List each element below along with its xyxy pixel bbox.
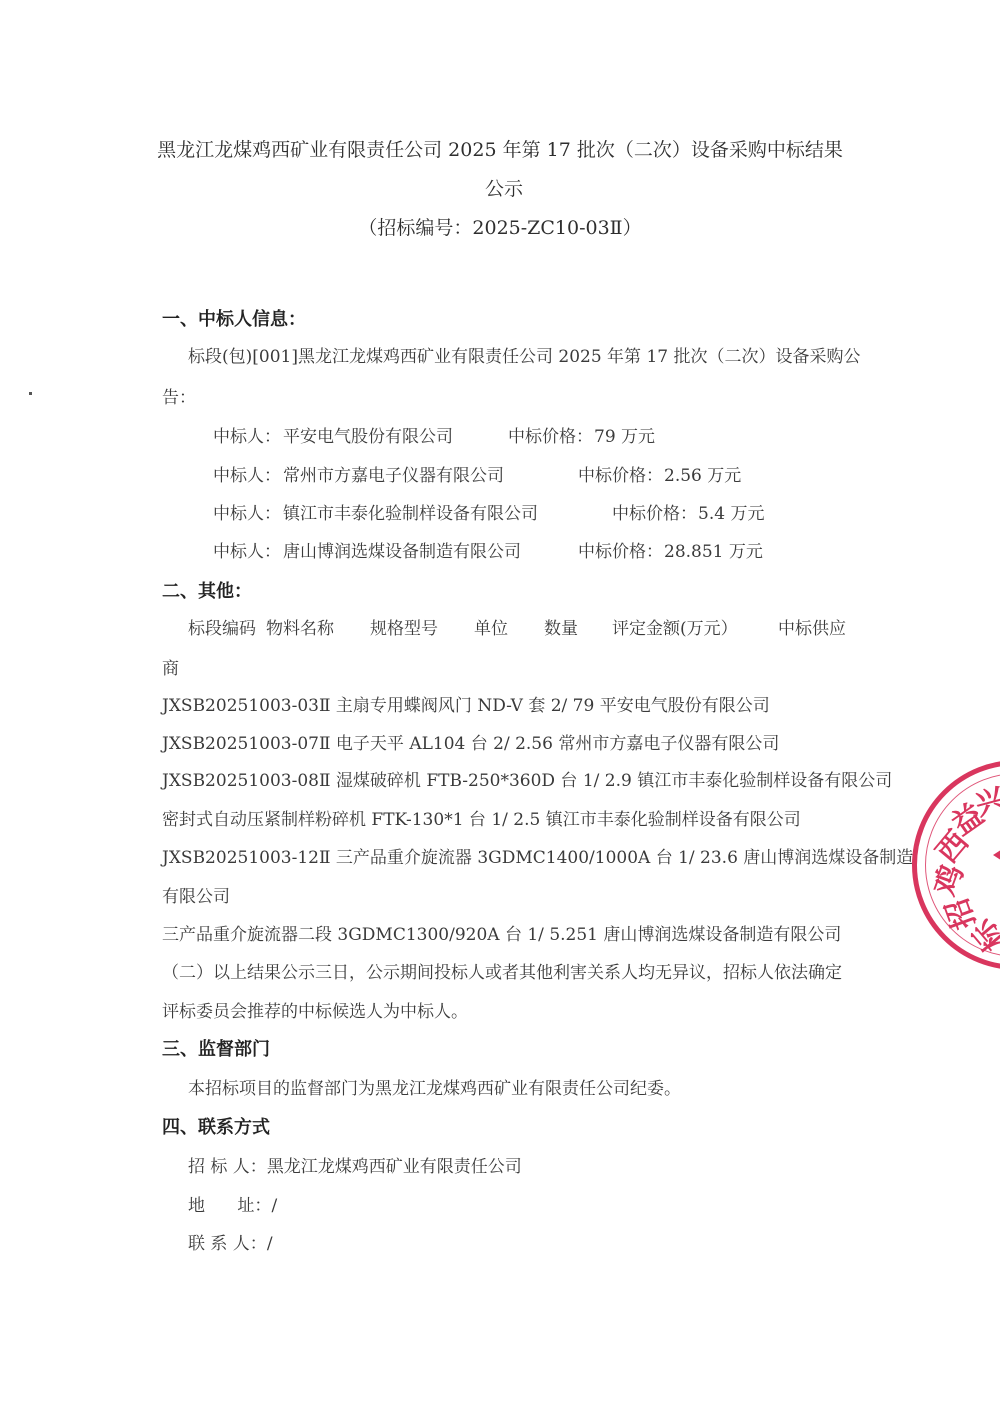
contact-row: 联 系 人：/ [188,1233,273,1255]
contact-row: 地 址：/ [188,1195,277,1217]
winner-name: 平安电气股份有限公司 [283,426,453,448]
tender-number: （招标编号：2025-ZC10-03Ⅱ） [0,217,1000,239]
contact-row: 招 标 人：黑龙江龙煤鸡西矿业有限责任公司 [188,1156,522,1178]
item-row: 三产品重介旋流器二段 3GDMC1300/920A 台 1/ 5.251 唐山博… [162,924,841,946]
item-row: JXSB20251003-12Ⅱ 三产品重介旋流器 3GDMC1400/1000… [162,847,913,869]
item-row: JXSB20251003-07Ⅱ 电子天平 AL104 台 2/ 2.56 常州… [162,733,779,755]
winner-name: 镇江市丰泰化验制样设备有限公司 [283,503,538,525]
supervision-text: 本招标项目的监督部门为黑龙江龙煤鸡西矿业有限责任公司纪委。 [188,1078,681,1100]
contact-label: 联 系 人： [188,1234,267,1254]
price-value: 2.56 万元 [664,465,741,487]
price-label: 中标价格： [578,465,663,487]
price-value: 5.4 万元 [698,503,764,525]
note-text: （二）以上结果公示三日，公示期间投标人或者其他利害关系人均无异议，招标人依法确定 [162,962,842,984]
section1-intro: 标段(包)[001]黑龙江龙煤鸡西矿业有限责任公司 2025 年第 17 批次（… [188,346,861,368]
section1-intro-cont: 告： [162,387,196,409]
contact-value: 黑龙江龙煤鸡西矿业有限责任公司 [267,1157,522,1177]
column-header: 评定金额(万元） [612,618,738,640]
section2-heading: 二、其他： [162,581,252,603]
document-page: 黑龙江龙煤鸡西矿业有限责任公司 2025 年第 17 批次（二次）设备采购中标结… [0,0,1000,1426]
scan-speck [29,392,32,395]
column-header: 物料名称 [266,618,334,640]
note-text-cont: 评标委员会推荐的中标候选人为中标人。 [162,1001,468,1023]
column-header: 规格型号 [370,618,438,640]
column-header: 数量 [544,618,578,640]
winner-label: 中标人： [213,541,281,563]
contact-label: 招 标 人： [188,1157,267,1177]
document-title-cont: 公示 [4,178,1000,200]
document-title: 黑龙江龙煤鸡西矿业有限责任公司 2025 年第 17 批次（二次）设备采购中标结… [0,139,1000,161]
winner-label: 中标人： [213,503,281,525]
price-value: 28.851 万元 [664,541,763,563]
winner-label: 中标人： [213,426,281,448]
column-header: 中标供应 [778,618,846,640]
contact-value: / [271,1196,277,1216]
contact-value: / [267,1234,273,1254]
price-label: 中标价格： [612,503,697,525]
column-header: 标段编码 [188,618,256,640]
winner-name: 唐山博润选煤设备制造有限公司 [283,541,521,563]
section3-heading: 三、监督部门 [162,1039,270,1061]
winner-name: 常州市方嘉电子仪器有限公司 [283,465,504,487]
section4-heading: 四、联系方式 [162,1117,270,1139]
contact-label: 地 址： [188,1196,271,1216]
section1-heading: 一、中标人信息： [162,309,306,331]
column-header: 单位 [474,618,508,640]
price-label: 中标价格： [578,541,663,563]
column-header-wrap: 商 [162,658,179,680]
item-row: JXSB20251003-08Ⅱ 湿煤破碎机 FTB-250*360D 台 1/… [162,770,892,792]
price-label: 中标价格： [508,426,593,448]
item-row-cont: 有限公司 [162,886,230,908]
item-row: 密封式自动压紧制样粉碎机 FTK-130*1 台 1/ 2.5 镇江市丰泰化验制… [162,809,801,831]
item-row: JXSB20251003-03Ⅱ 主扇专用蝶阀风门 ND-V 套 2/ 79 平… [162,695,770,717]
official-stamp: 鸡 西 益 兴 安 招 标 [912,760,1000,970]
winner-label: 中标人： [213,465,281,487]
price-value: 79 万元 [594,426,655,448]
star-icon [993,829,1000,881]
